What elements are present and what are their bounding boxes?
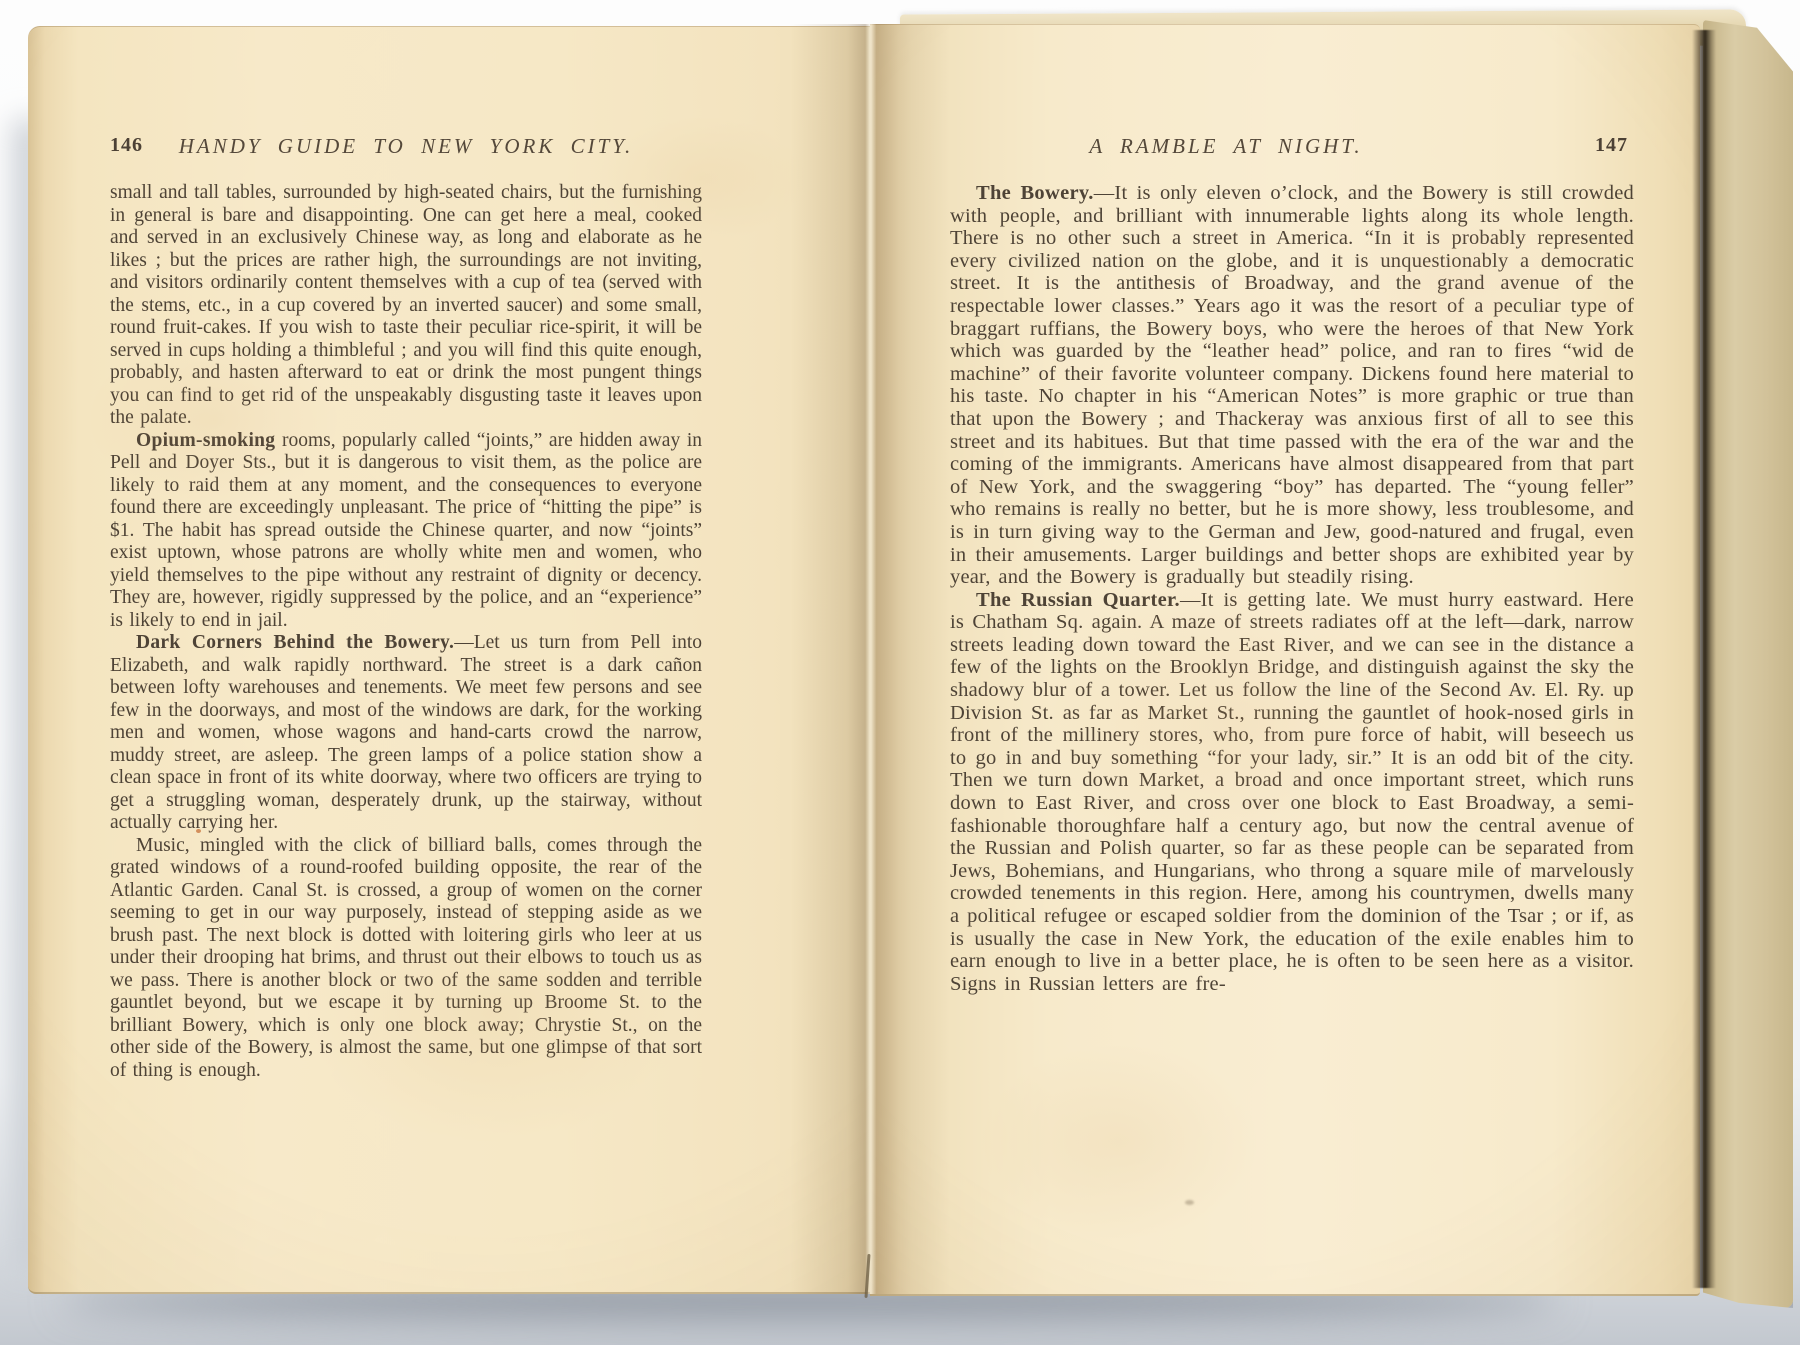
paragraph-music-canal-st: Music, mingled with the click of billiar… bbox=[110, 835, 702, 1083]
page-block-right-edges bbox=[1703, 20, 1793, 1308]
right-page-body: The Bowery.—It is only eleven o’clock, a… bbox=[950, 182, 1634, 995]
left-page-body: small and tall tables, surrounded by hig… bbox=[110, 182, 702, 1082]
page-number-right: 147 bbox=[1595, 134, 1628, 157]
right-page-header: A RAMBLE AT NIGHT. 147 bbox=[950, 134, 1634, 164]
paragraph-lead: The Bowery. bbox=[976, 182, 1094, 204]
paragraph-opium-smoking: Opium-smoking rooms, popularly called “j… bbox=[110, 430, 702, 633]
paragraph-russian-quarter: The Russian Quarter.—It is getting late.… bbox=[950, 589, 1634, 996]
left-page-header: 146 HANDY GUIDE TO NEW YORK CITY. bbox=[110, 134, 702, 164]
paragraph-text: —It is getting late. We must hurry eastw… bbox=[950, 589, 1634, 995]
paper-smudge bbox=[1185, 1200, 1194, 1205]
paragraph-lead: The Russian Quarter. bbox=[976, 589, 1180, 611]
running-title-right: A RAMBLE AT NIGHT. bbox=[884, 134, 1568, 159]
book-scan: 146 HANDY GUIDE TO NEW YORK CITY. small … bbox=[0, 0, 1800, 1345]
paragraph-chinese-restaurants: small and tall tables, surrounded by hig… bbox=[110, 182, 702, 430]
page-number-left: 146 bbox=[110, 134, 143, 157]
paragraph-lead: Opium-smoking bbox=[136, 430, 275, 451]
left-page-text-column: 146 HANDY GUIDE TO NEW YORK CITY. small … bbox=[110, 134, 702, 1082]
paragraph-dark-corners: Dark Corners Behind the Bowery.—Let us t… bbox=[110, 632, 702, 835]
paragraph-text: —It is only eleven o’clock, and the Bowe… bbox=[950, 182, 1634, 588]
right-page-text-column: A RAMBLE AT NIGHT. 147 The Bowery.—It is… bbox=[950, 134, 1634, 995]
paragraph-lead: Dark Corners Behind the Bowery. bbox=[136, 632, 454, 653]
paragraph-text: rooms, popularly called “joints,” are hi… bbox=[110, 430, 702, 631]
paragraph-text: small and tall tables, surrounded by hig… bbox=[110, 182, 702, 428]
paragraph-text: Music, mingled with the click of billiar… bbox=[110, 835, 702, 1081]
right-page: A RAMBLE AT NIGHT. 147 The Bowery.—It is… bbox=[870, 24, 1700, 1296]
paragraph-the-bowery: The Bowery.—It is only eleven o’clock, a… bbox=[950, 182, 1634, 589]
paper-speck bbox=[196, 829, 201, 833]
fore-edge-shadow bbox=[1692, 30, 1716, 1288]
paragraph-text: —Let us turn from Pell into Elizabeth, a… bbox=[110, 632, 702, 833]
running-title-left: HANDY GUIDE TO NEW YORK CITY. bbox=[110, 134, 702, 159]
left-page: 146 HANDY GUIDE TO NEW YORK CITY. small … bbox=[28, 26, 870, 1294]
